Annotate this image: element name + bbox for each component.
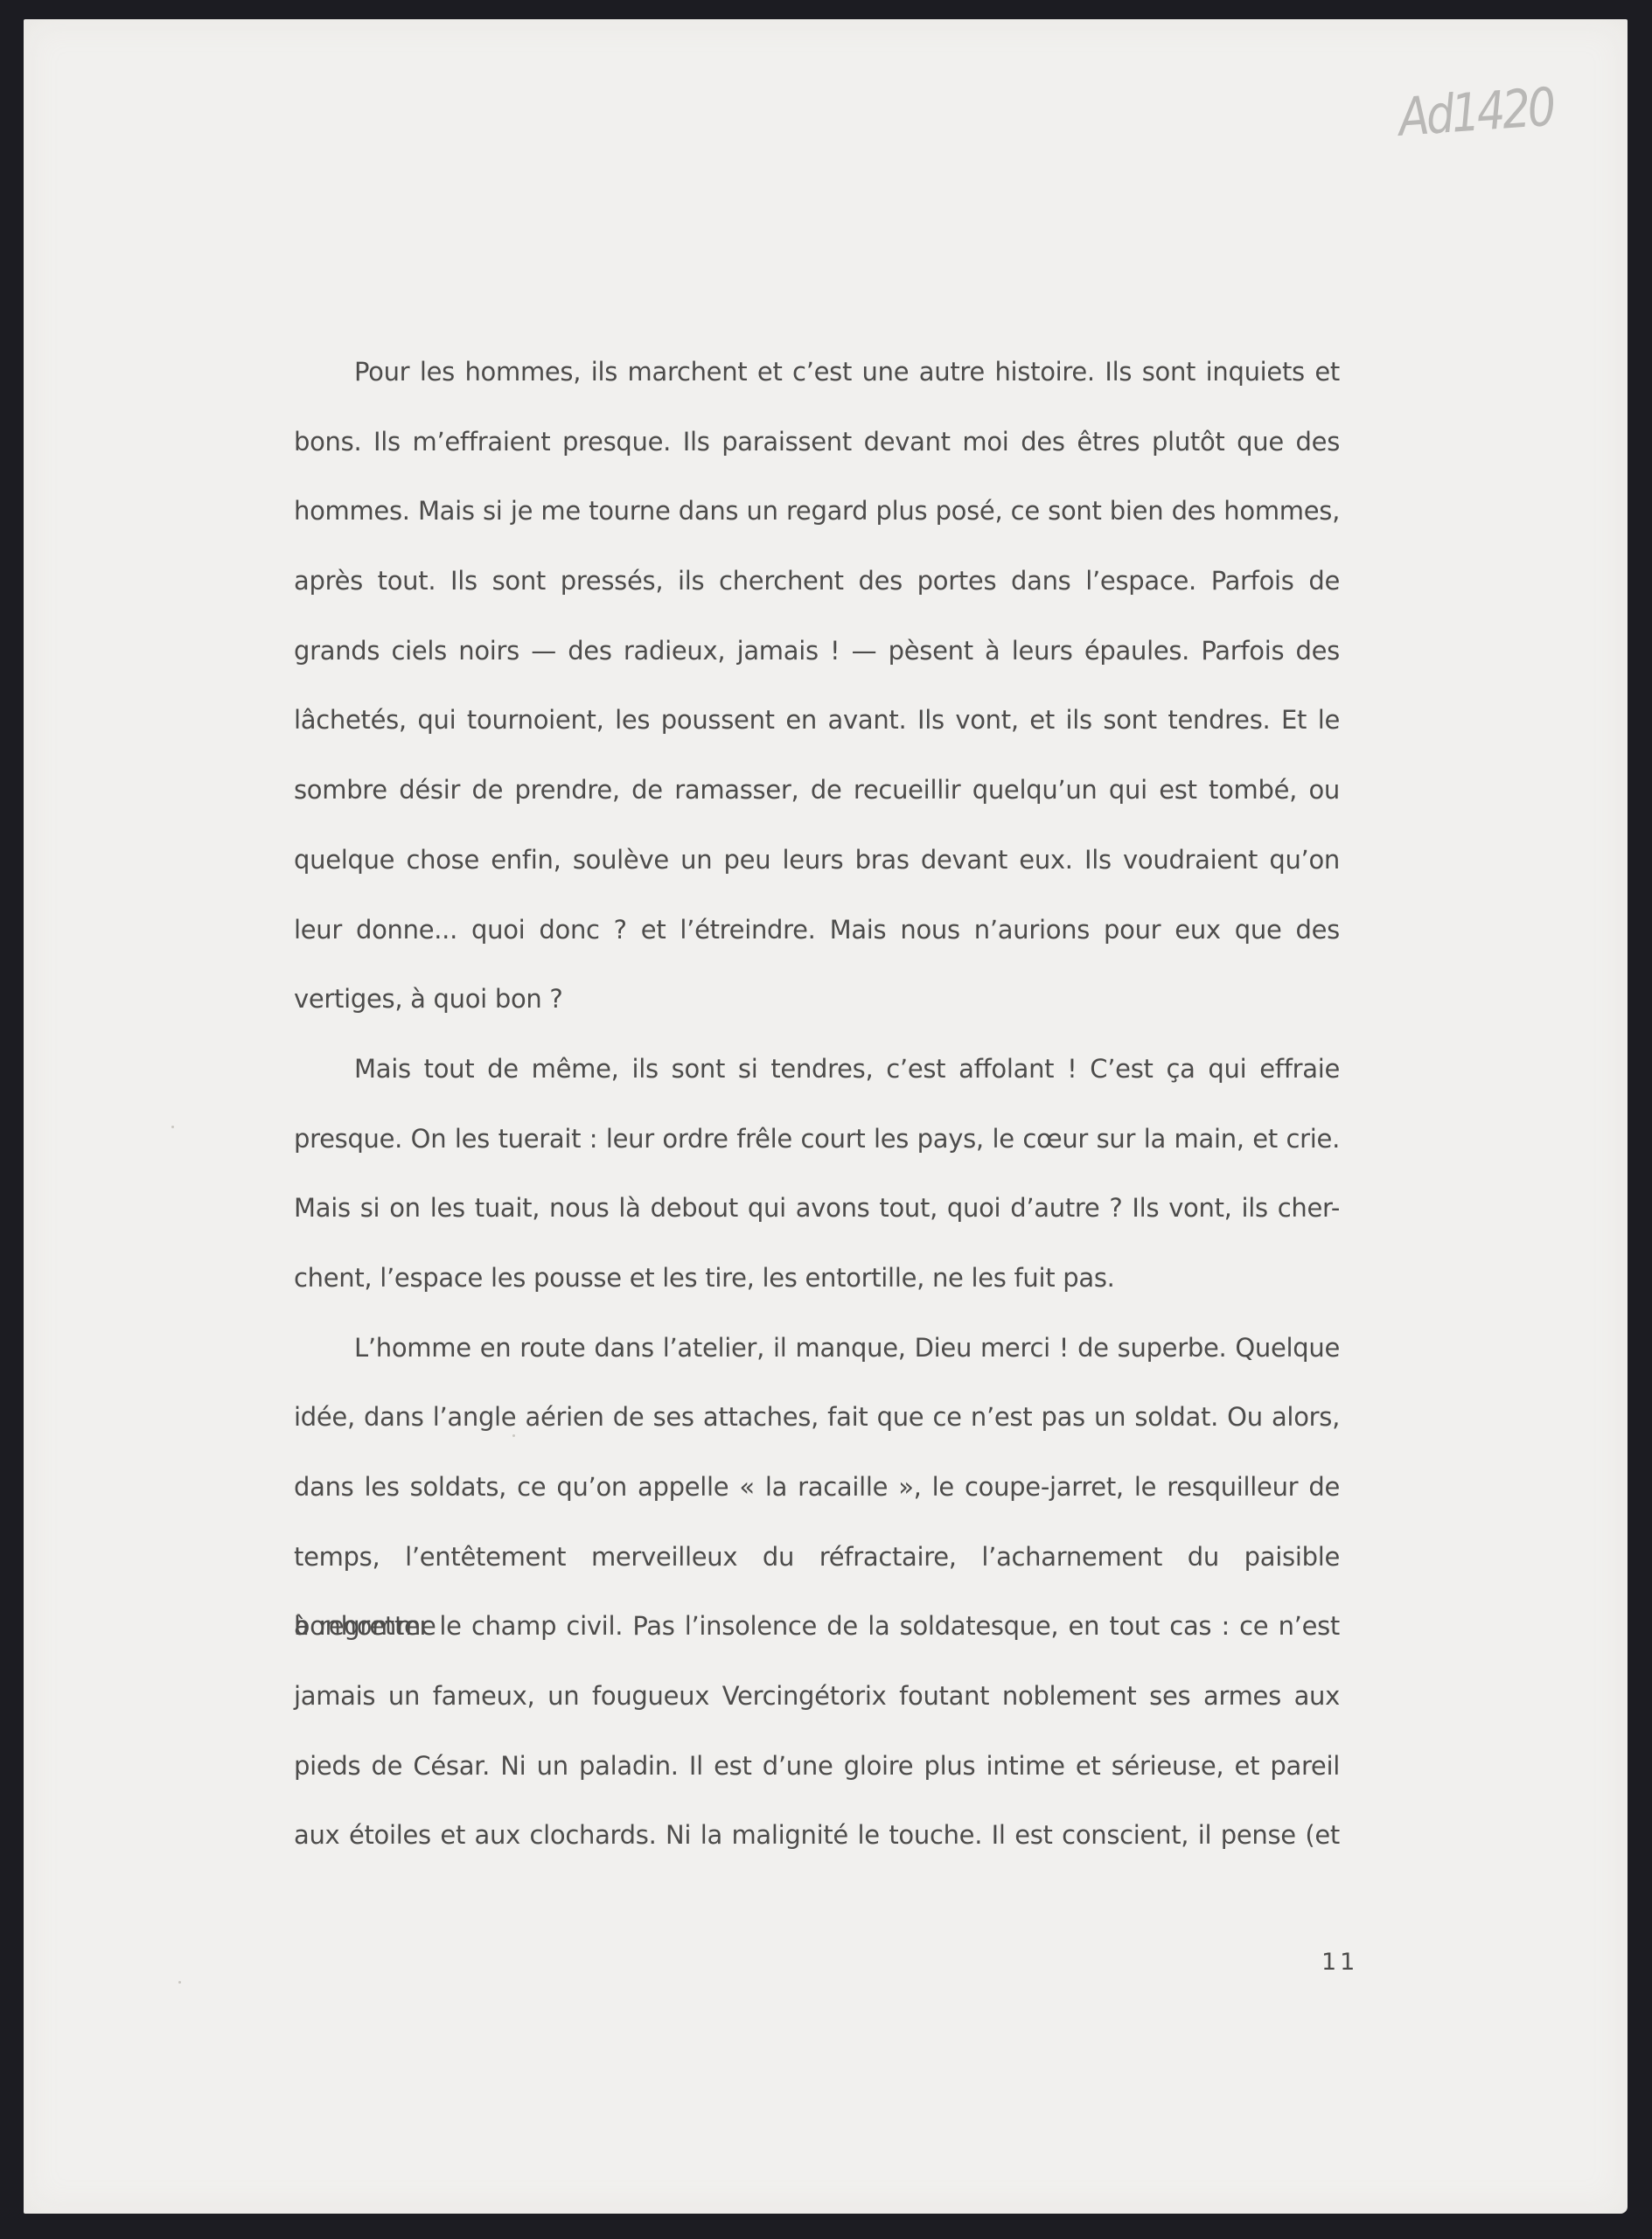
text-line: aux étoiles et aux clochards. Ni la mali… (294, 1801, 1340, 1871)
text-line: bons. Ils m’effraient presque. Ils parai… (294, 408, 1340, 478)
text-line: grands ciels noirs — des radieux, jamais… (294, 617, 1340, 687)
text-line: Mais tout de même, ils sont si tendres, … (294, 1035, 1340, 1105)
text-line-content: aux étoiles et aux clochards. Ni la mali… (294, 1801, 1340, 1871)
text-line-content: idée, dans l’angle aérien de ses attache… (294, 1383, 1340, 1453)
text-line-content: chent, l’espace les pousse et les tire, … (294, 1244, 1340, 1314)
text-line-content: presque. On les tuerait : leur ordre frê… (294, 1105, 1340, 1175)
document-page: Ad1420 Pour les hommes, ils marchent et … (24, 19, 1628, 2214)
paragraph: Pour les hommes, ils marchent et c’est u… (294, 338, 1340, 1035)
body-text: Pour les hommes, ils marchent et c’est u… (294, 338, 1340, 1871)
text-line: à regretter le champ civil. Pas l’insole… (294, 1592, 1340, 1662)
text-line-content: quelque chose enfin, soulève un peu leur… (294, 826, 1340, 896)
text-line: Pour les hommes, ils marchent et c’est u… (294, 338, 1340, 408)
text-line: Mais si on les tuait, nous là debout qui… (294, 1174, 1340, 1244)
text-line-content: Mais tout de même, ils sont si tendres, … (354, 1035, 1340, 1105)
text-line: temps, l’entêtement merveilleux du réfra… (294, 1523, 1340, 1593)
text-line-content: grands ciels noirs — des radieux, jamais… (294, 617, 1340, 687)
text-line: L’homme en route dans l’atelier, il manq… (294, 1314, 1340, 1384)
text-line-content: lâchetés, qui tournoient, les poussent e… (294, 686, 1340, 756)
paragraph: L’homme en route dans l’atelier, il manq… (294, 1314, 1340, 1872)
paper-speck (171, 1126, 174, 1128)
text-line: pieds de César. Ni un paladin. Il est d’… (294, 1732, 1340, 1802)
paper-speck (512, 1434, 515, 1437)
text-line-content: Pour les hommes, ils marchent et c’est u… (354, 338, 1340, 408)
text-line: chent, l’espace les pousse et les tire, … (294, 1244, 1340, 1314)
text-line: quelque chose enfin, soulève un peu leur… (294, 826, 1340, 896)
text-line-content: après tout. Ils sont pressés, ils cherch… (294, 547, 1340, 617)
text-line-content: dans les soldats, ce qu’on appelle « la … (294, 1453, 1340, 1523)
text-line: après tout. Ils sont pressés, ils cherch… (294, 547, 1340, 617)
text-line-content: Mais si on les tuait, nous là debout qui… (294, 1174, 1340, 1244)
text-line: sombre désir de prendre, de ramasser, de… (294, 756, 1340, 826)
text-line-content: bons. Ils m’effraient presque. Ils parai… (294, 408, 1340, 478)
text-line: vertiges, à quoi bon ? (294, 965, 1340, 1035)
text-line: dans les soldats, ce qu’on appelle « la … (294, 1453, 1340, 1523)
text-line: hommes. Mais si je me tourne dans un reg… (294, 477, 1340, 547)
text-line-content: leur donne... quoi donc ? et l’étreindre… (294, 896, 1340, 966)
text-line-content: jamais un fameux, un fougueux Vercingéto… (294, 1662, 1340, 1732)
paper-speck (178, 1981, 181, 1984)
text-line-content: vertiges, à quoi bon ? (294, 965, 1340, 1035)
text-line: leur donne... quoi donc ? et l’étreindre… (294, 896, 1340, 966)
text-line-content: hommes. Mais si je me tourne dans un reg… (294, 477, 1340, 547)
page-number: 11 (1321, 1949, 1358, 1976)
text-line-content: à regretter le champ civil. Pas l’insole… (294, 1592, 1340, 1662)
text-line: jamais un fameux, un fougueux Vercingéto… (294, 1662, 1340, 1732)
text-line: idée, dans l’angle aérien de ses attache… (294, 1383, 1340, 1453)
text-line-content: pieds de César. Ni un paladin. Il est d’… (294, 1732, 1340, 1802)
text-line-content: sombre désir de prendre, de ramasser, de… (294, 756, 1340, 826)
paragraph: Mais tout de même, ils sont si tendres, … (294, 1035, 1340, 1314)
pencil-annotation: Ad1420 (1397, 77, 1555, 149)
text-line: lâchetés, qui tournoient, les poussent e… (294, 686, 1340, 756)
text-line-content: L’homme en route dans l’atelier, il manq… (354, 1314, 1340, 1384)
text-line: presque. On les tuerait : leur ordre frê… (294, 1105, 1340, 1175)
